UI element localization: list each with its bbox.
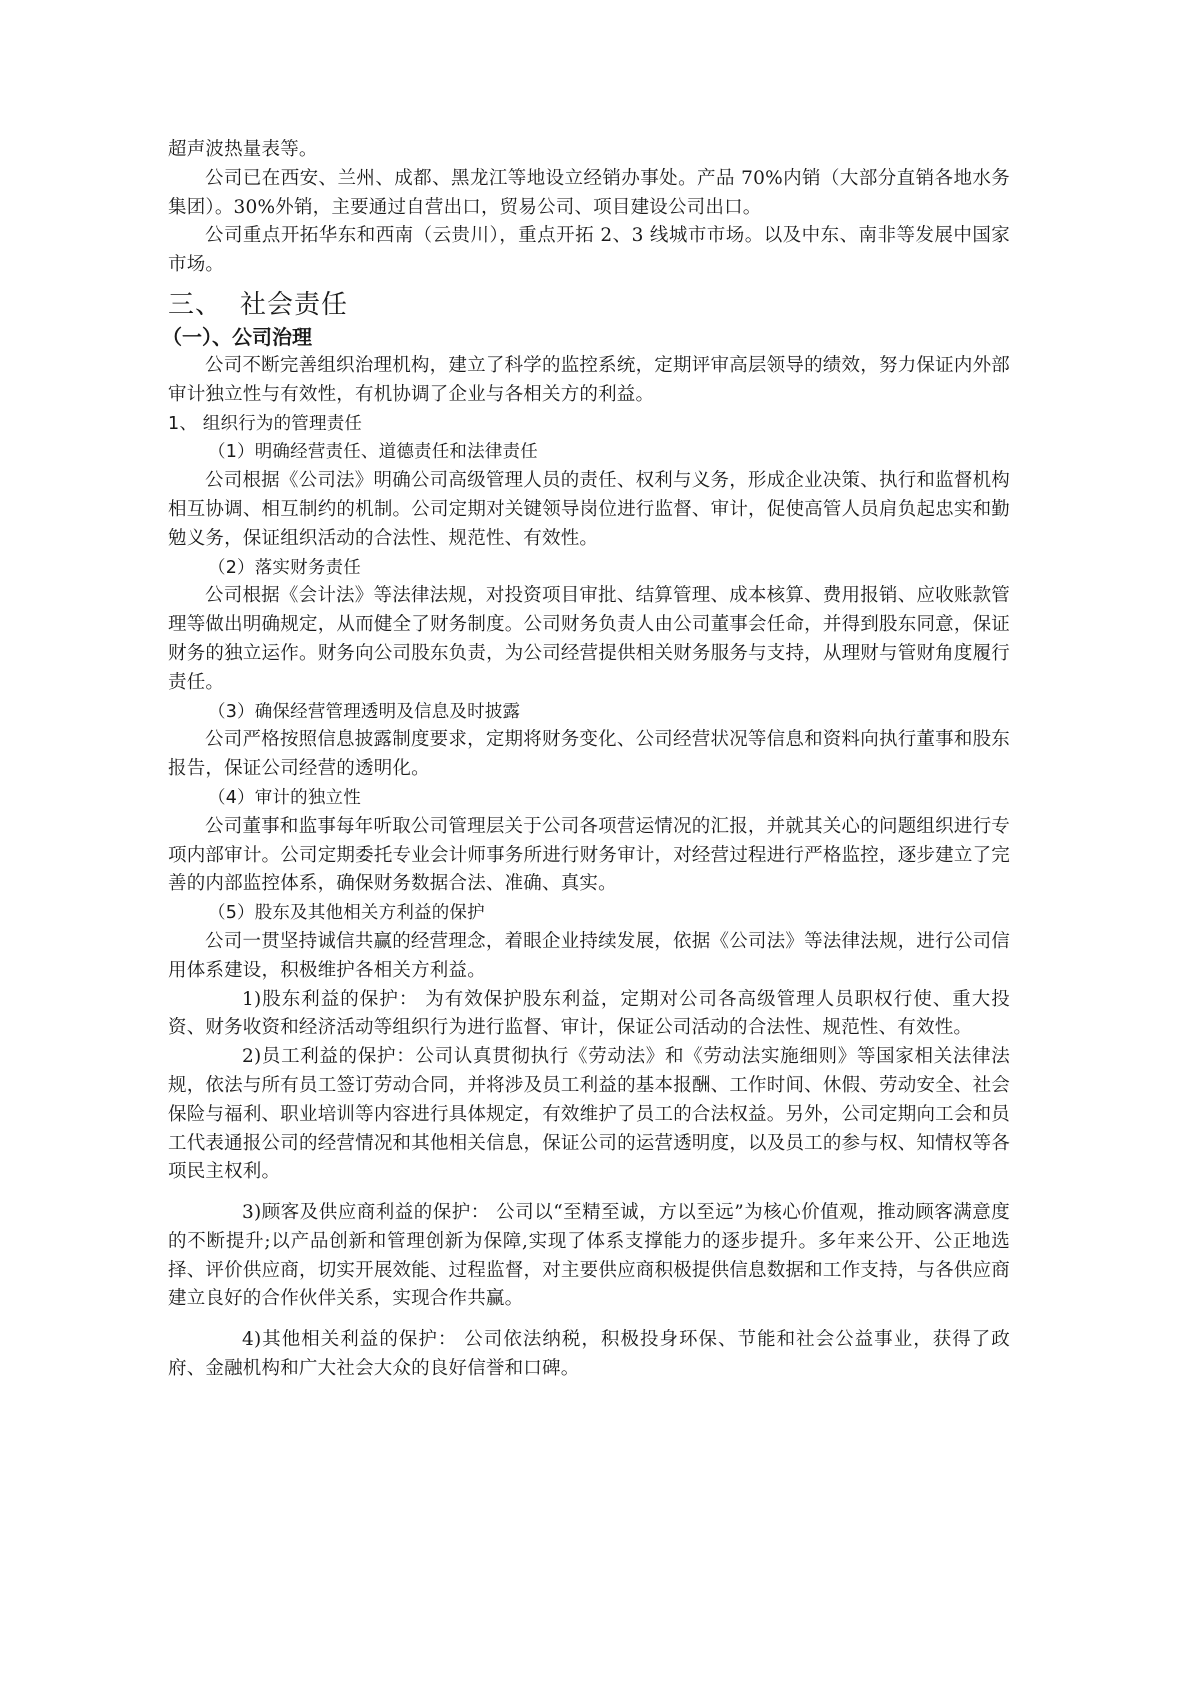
item-body-3: 公司严格按照信息披露制度要求，定期将财务变化、公司经营状况等信息和资料向执行董事… [168, 726, 1010, 784]
item-body-5: 公司一贯坚持诚信共赢的经营理念，着眼企业持续发展，依据《公司法》等法律法规，进行… [168, 928, 1010, 986]
protection-other: 4)其他相关利益的保护： 公司依法纳税，积极投身环保、节能和社会公益事业，获得了… [168, 1326, 1010, 1384]
protection-shareholders: 1)股东利益的保护： 为有效保护股东利益，定期对公司各高级管理人员职权行使、重大… [168, 986, 1010, 1044]
item-heading-2: （2）落实财务责任 [168, 554, 1010, 583]
item-body-2: 公司根据《会计法》等法律法规，对投资项目审批、结算管理、成本核算、费用报销、应收… [168, 582, 1010, 697]
intro-paragraph-1: 超声波热量表等。 [168, 136, 1010, 165]
subsection-heading: （一）、公司治理 [162, 322, 1010, 352]
item-heading-4: （4）审计的独立性 [168, 784, 1010, 813]
spacer [168, 1187, 1010, 1199]
section-heading: 三、社会责任 [168, 288, 1010, 322]
protection-employees: 2)员工利益的保护：公司认真贯彻执行《劳动法》和《劳动法实施细则》等国家相关法律… [168, 1043, 1010, 1187]
item-body-1: 公司根据《公司法》明确公司高级管理人员的责任、权利与义务，形成企业决策、执行和监… [168, 467, 1010, 553]
item-heading: 1、 组织行为的管理责任 [168, 410, 1010, 439]
governance-intro: 公司不断完善组织治理机构，建立了科学的监控系统，定期评审高层领导的绩效，努力保证… [168, 352, 1010, 410]
section-title: 社会责任 [240, 290, 348, 320]
item-heading-1: （1）明确经营责任、道德责任和法律责任 [168, 438, 1010, 467]
document-page: 超声波热量表等。 公司已在西安、兰州、成都、黑龙江等地设立经销办事处。产品 70… [168, 136, 1010, 1384]
section-number: 三、 [168, 290, 222, 320]
protection-customers-suppliers: 3)顾客及供应商利益的保护： 公司以“至精至诚，方以至远”为核心价值观，推动顾客… [168, 1199, 1010, 1314]
intro-paragraph-2: 公司已在西安、兰州、成都、黑龙江等地设立经销办事处。产品 70%内销（大部分直销… [168, 165, 1010, 223]
spacer [168, 1314, 1010, 1326]
intro-paragraph-3: 公司重点开拓华东和西南（云贵川），重点开拓 2、3 线城市市场。以及中东、南非等… [168, 222, 1010, 280]
item-heading-3: （3）确保经营管理透明及信息及时披露 [168, 698, 1010, 727]
item-heading-5: （5）股东及其他相关方利益的保护 [168, 899, 1010, 928]
item-body-4: 公司董事和监事每年听取公司管理层关于公司各项营运情况的汇报，并就其关心的问题组织… [168, 813, 1010, 899]
